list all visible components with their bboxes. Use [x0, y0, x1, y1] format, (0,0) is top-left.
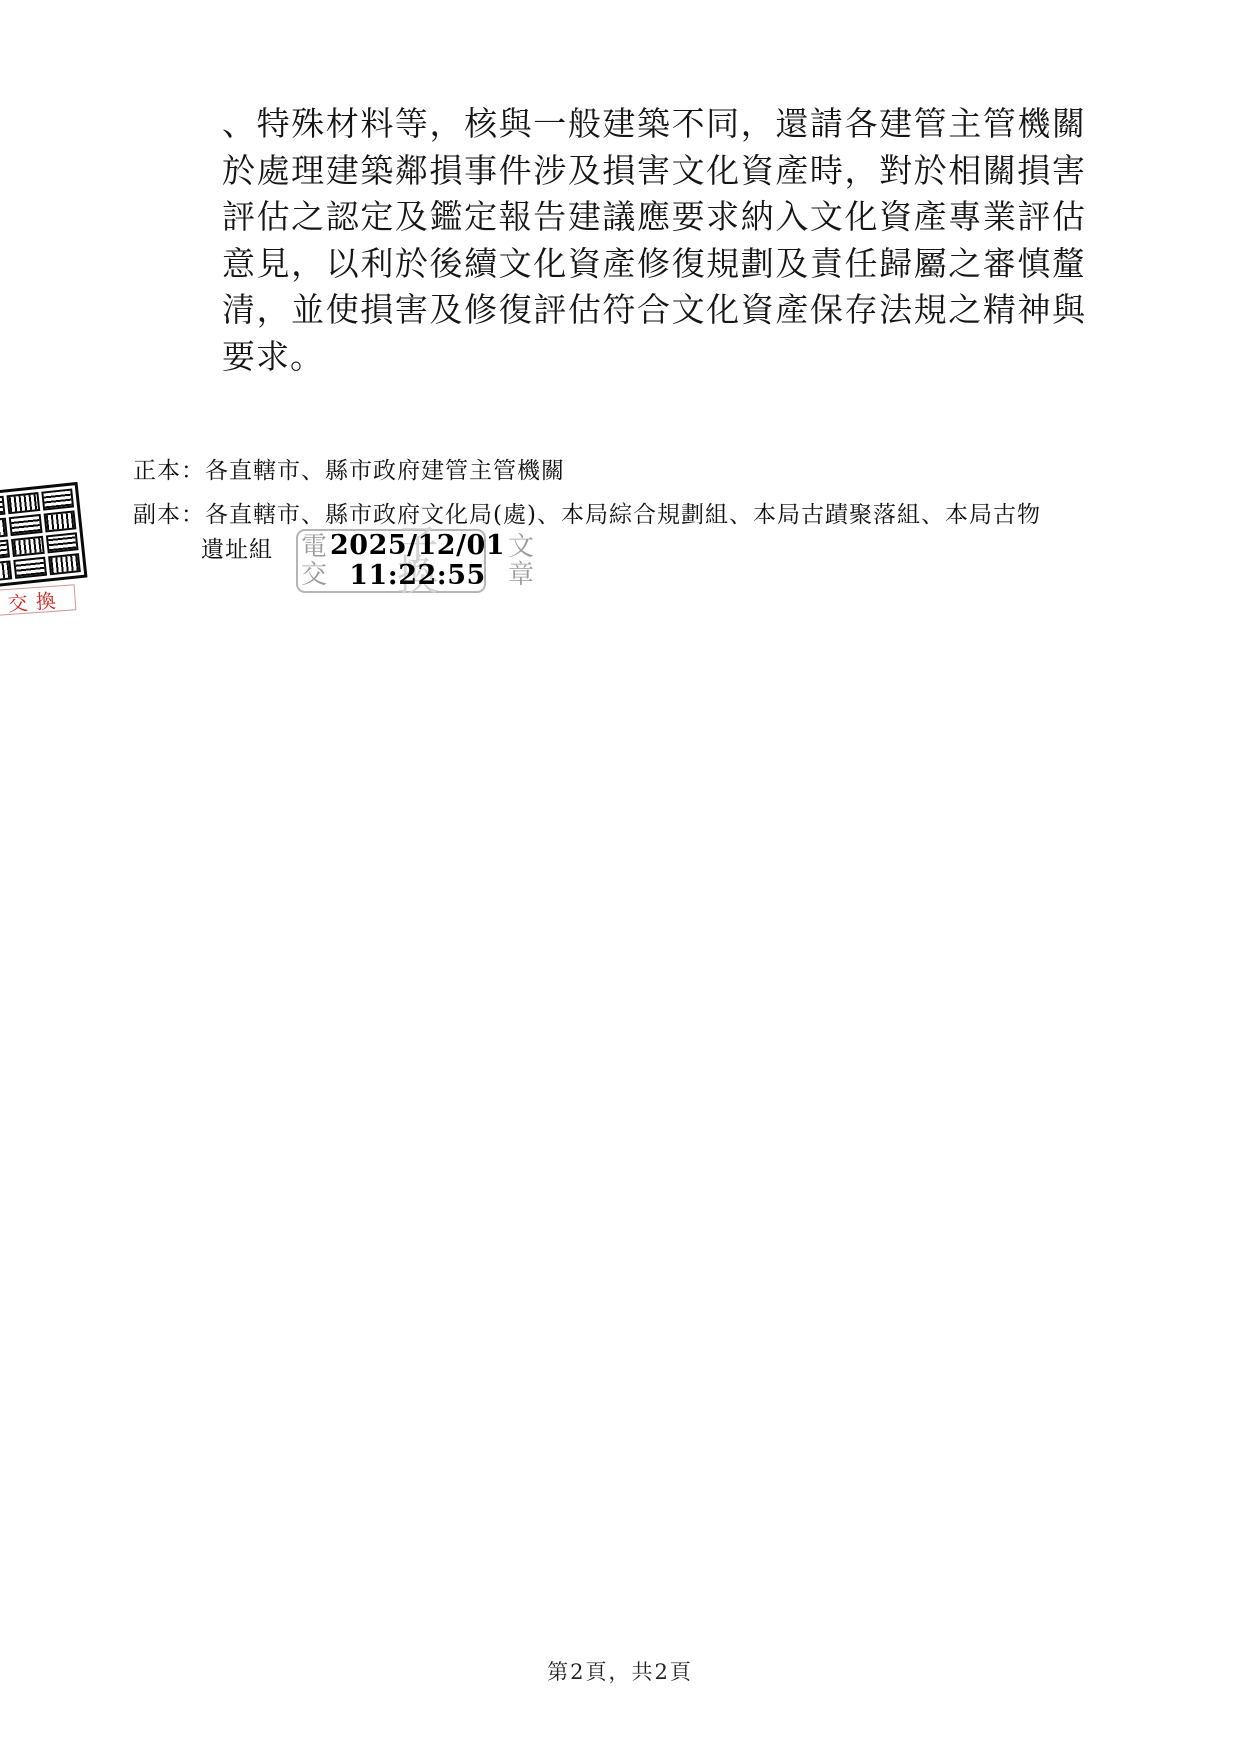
exchange-stamp-char: 文 — [508, 533, 534, 561]
seal-glyph — [0, 517, 8, 539]
seal-glyph — [14, 557, 47, 579]
seal-glyph — [48, 553, 81, 575]
seal-red-label: 交換 — [0, 584, 76, 616]
original-recipient-value: 各直轄市、縣市政府建管主管機關 — [205, 458, 565, 484]
body-line: 要求。 — [222, 334, 1086, 381]
body-paragraph: 、特殊材料等，核與一般建築不同，還請各建管主管機關 於處理建築鄰損事件涉及損害文… — [222, 101, 1086, 380]
exchange-stamp-center: 子 換 2025/12/01 11:22:55 — [330, 531, 505, 591]
seal-glyph — [45, 532, 78, 554]
body-line: 意見，以利於後續文化資產修復規劃及責任歸屬之審慎釐 — [222, 241, 1086, 288]
seal-glyph — [9, 514, 42, 536]
exchange-stamp-char: 交 — [301, 561, 327, 589]
seal-glyph — [7, 492, 40, 514]
body-line: 、特殊材料等，核與一般建築不同，還請各建管主管機關 — [222, 101, 1086, 148]
exchange-stamp-char: 章 — [508, 561, 534, 589]
copy-recipient-value-continued: 遺址組 — [201, 537, 273, 563]
copy-recipient-value: 各直轄市、縣市政府文化局(處)、本局綜合規劃組、本局古蹟聚落組、本局古物 — [205, 502, 1041, 528]
seal-glyph — [0, 561, 13, 583]
archive-seal: 交換 — [0, 482, 91, 619]
body-line: 評估之認定及鑑定報告建議應要求納入文化資產專業評估 — [222, 194, 1086, 241]
original-recipient-line: 正本：各直轄市、縣市政府建管主管機關 — [133, 452, 565, 485]
seal-glyph — [0, 539, 10, 561]
body-line: 於處理建築鄰損事件涉及損害文化資產時，對於相關損害 — [222, 148, 1086, 195]
copy-recipient-label: 副本： — [133, 502, 205, 528]
original-recipient-label: 正本： — [133, 458, 205, 484]
exchange-stamp-right-column: 文 章 — [505, 531, 537, 591]
page-footer: 第2頁，共2頁 — [0, 1656, 1240, 1686]
exchange-stamp-time: 11:22:55 — [330, 561, 505, 591]
seal-glyph — [43, 510, 76, 532]
seal-glyph — [0, 496, 6, 518]
seal-glyph — [41, 488, 74, 510]
exchange-stamp-char: 電 — [301, 533, 327, 561]
exchange-stamp-date: 2025/12/01 — [330, 531, 505, 561]
body-line: 清，並使損害及修復評估符合文化資產保存法規之精神與 — [222, 287, 1086, 334]
copy-recipient-line: 副本：各直轄市、縣市政府文化局(處)、本局綜合規劃組、本局古蹟聚落組、本局古物 — [133, 496, 1041, 529]
exchange-stamp-left-column: 電 交 — [298, 531, 330, 591]
seal-glyph — [11, 535, 44, 557]
copy-recipient-line-2: 遺址組 — [201, 531, 273, 564]
seal-script-grid — [0, 482, 87, 589]
electronic-exchange-stamp: 電 交 子 換 2025/12/01 11:22:55 文 章 — [296, 529, 486, 593]
